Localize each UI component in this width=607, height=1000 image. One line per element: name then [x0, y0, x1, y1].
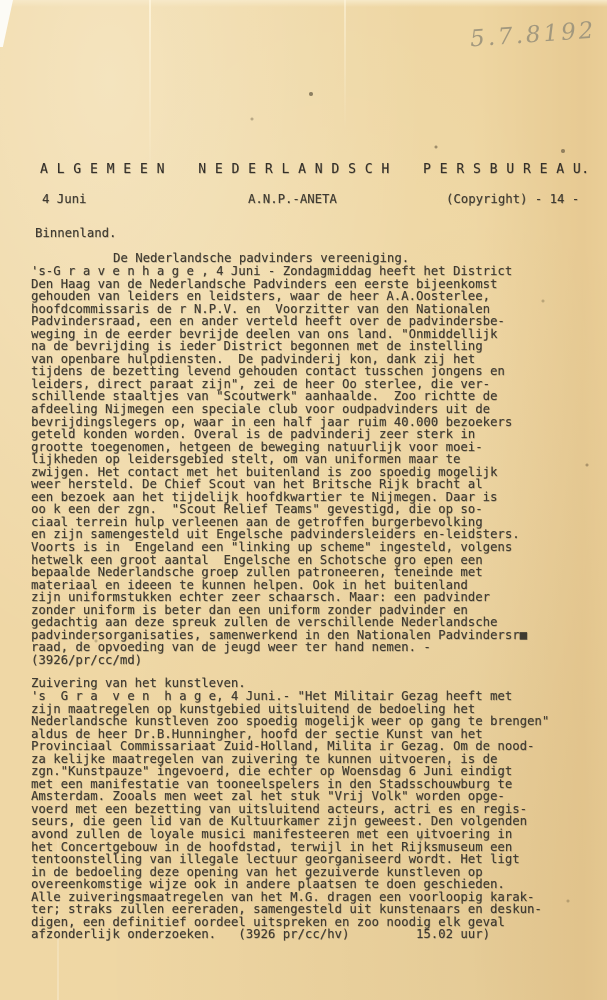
- article-2-headline: Zuivering van het kunstleven.: [31, 677, 246, 690]
- copyright-page-number: (Copyright) - 14 -: [446, 193, 579, 206]
- wire-service-name: A.N.P.-ANETA: [248, 193, 337, 206]
- paper-crease: [149, 0, 151, 180]
- dateline: 4 Juni: [42, 193, 86, 206]
- paper-crease: [344, 0, 346, 130]
- scanned-press-bulletin: 5.7.8192 A L G E M E E N N E D E R L A N…: [0, 0, 607, 1000]
- agency-masthead: A L G E M E E N N E D E R L A N D S C H …: [40, 164, 590, 177]
- ink-specks: [0, 0, 2, 2]
- article-1-headline: De Nederlandsche padvinders vereeniging.: [113, 252, 409, 265]
- handwritten-archive-number: 5.7.8192: [469, 18, 597, 53]
- scan-edge: [0, 0, 13, 47]
- article-1-body: 's-G r a v e n h a g e , 4 Juni - Zondag…: [31, 265, 527, 667]
- document-page: 5.7.8192 A L G E M E E N N E D E R L A N…: [0, 0, 607, 1000]
- section-label: Binnenland.: [35, 227, 116, 240]
- article-2-body: 's G r a v e n h a g e, 4 Juni.- "Het Mi…: [31, 690, 549, 941]
